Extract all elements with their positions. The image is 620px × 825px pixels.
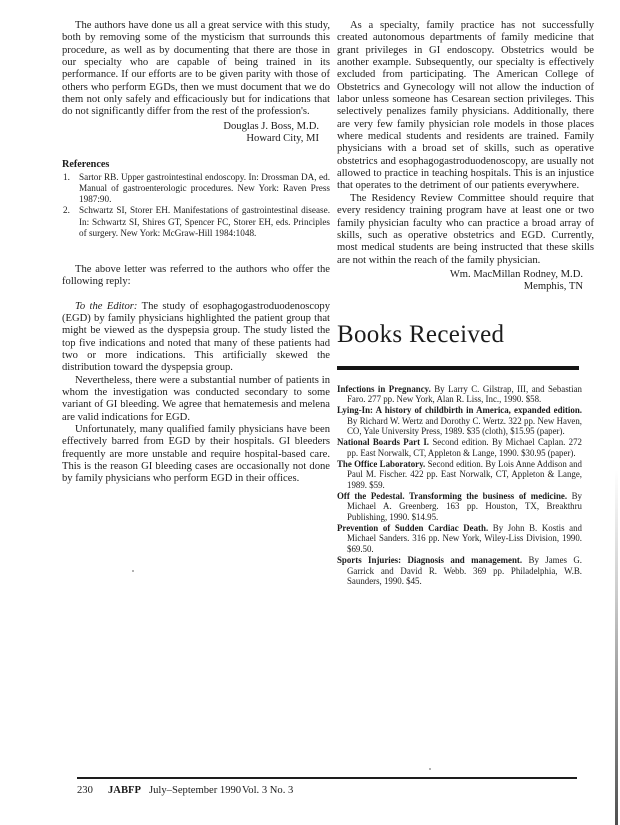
book-title: Prevention of Sudden Cardiac Death. <box>337 523 488 533</box>
book-entry: Off the Pedestal. Transforming the busin… <box>337 491 582 523</box>
book-entry: The Office Laboratory. Second edition. B… <box>337 459 582 491</box>
book-entry: Sports Injuries: Diagnosis and managemen… <box>337 555 582 587</box>
book-title: The Office Laboratory. <box>337 459 425 469</box>
right-column: As a specialty, family practice has not … <box>337 20 594 587</box>
footer-issue-date: July–September 1990 <box>149 785 241 796</box>
book-details: By Richard W. Wertz and Dorothy C. Wertz… <box>347 416 582 437</box>
signature-block: Wm. MacMillan Rodney, M.D. Memphis, TN <box>337 269 594 294</box>
reply-lead-in: To the Editor: <box>75 301 137 312</box>
signature-location: Howard City, MI <box>62 133 319 146</box>
book-title: Infections in Pregnancy. <box>337 384 431 394</box>
book-entry: Prevention of Sudden Cardiac Death. By J… <box>337 523 582 555</box>
page-footer: 230 JABFP July–September 1990 Vol. 3 No.… <box>0 785 620 801</box>
reference-item: 2. Schwartz SI, Storer EH. Manifestation… <box>62 205 330 239</box>
references-heading: References <box>62 159 330 170</box>
reply-paragraph: Nevertheless, there were a substantial n… <box>62 375 330 424</box>
book-entry: Infections in Pregnancy. By Larry C. Gil… <box>337 384 582 405</box>
book-title: Sports Injuries: Diagnosis and managemen… <box>337 555 522 565</box>
referral-note: The above letter was referred to the aut… <box>62 264 330 289</box>
footer-rule <box>77 777 577 779</box>
book-title: Lying-In: A history of childbirth in Ame… <box>337 405 582 415</box>
book-entry: National Boards Part I. Second edition. … <box>337 437 582 458</box>
reference-list: 1. Sartor RB. Upper gastrointestinal end… <box>62 172 330 239</box>
reply-paragraph: As a specialty, family practice has not … <box>337 20 594 193</box>
book-entry: Lying-In: A history of childbirth in Ame… <box>337 405 582 437</box>
signature-name: Wm. MacMillan Rodney, M.D. <box>337 269 583 282</box>
signature-block: Douglas J. Boss, M.D. Howard City, MI <box>62 121 330 146</box>
scan-artifact-line <box>615 470 618 825</box>
reference-number: 2. <box>63 205 70 216</box>
reply-paragraph: Unfortunately, many qualified family phy… <box>62 424 330 486</box>
reference-number: 1. <box>63 172 70 183</box>
reply-paragraph: The Residency Review Committee should re… <box>337 193 594 267</box>
left-column: The authors have done us all a great ser… <box>62 20 330 486</box>
book-list: Infections in Pregnancy. By Larry C. Gil… <box>337 384 582 587</box>
section-divider-rule <box>337 366 579 370</box>
footer-page-number: 230 <box>77 785 93 796</box>
letter-paragraph: The authors have done us all a great ser… <box>62 20 330 119</box>
book-title: National Boards Part I. <box>337 437 429 447</box>
reference-text: Sartor RB. Upper gastrointestinal endosc… <box>79 172 330 204</box>
books-received-heading: Books Received <box>337 320 594 349</box>
footer-volume-number: Vol. 3 No. 3 <box>242 785 293 796</box>
book-title: Off the Pedestal. Transforming the busin… <box>337 491 567 501</box>
scan-speck <box>429 768 431 770</box>
scan-speck <box>132 570 134 572</box>
signature-name: Douglas J. Boss, M.D. <box>62 121 319 134</box>
reply-paragraph: To the Editor: The study of esophagogast… <box>62 301 330 375</box>
reference-text: Schwartz SI, Storer EH. Manifestations o… <box>79 205 330 237</box>
reference-item: 1. Sartor RB. Upper gastrointestinal end… <box>62 172 330 206</box>
footer-journal-abbreviation: JABFP <box>108 785 141 796</box>
signature-location: Memphis, TN <box>337 281 583 294</box>
